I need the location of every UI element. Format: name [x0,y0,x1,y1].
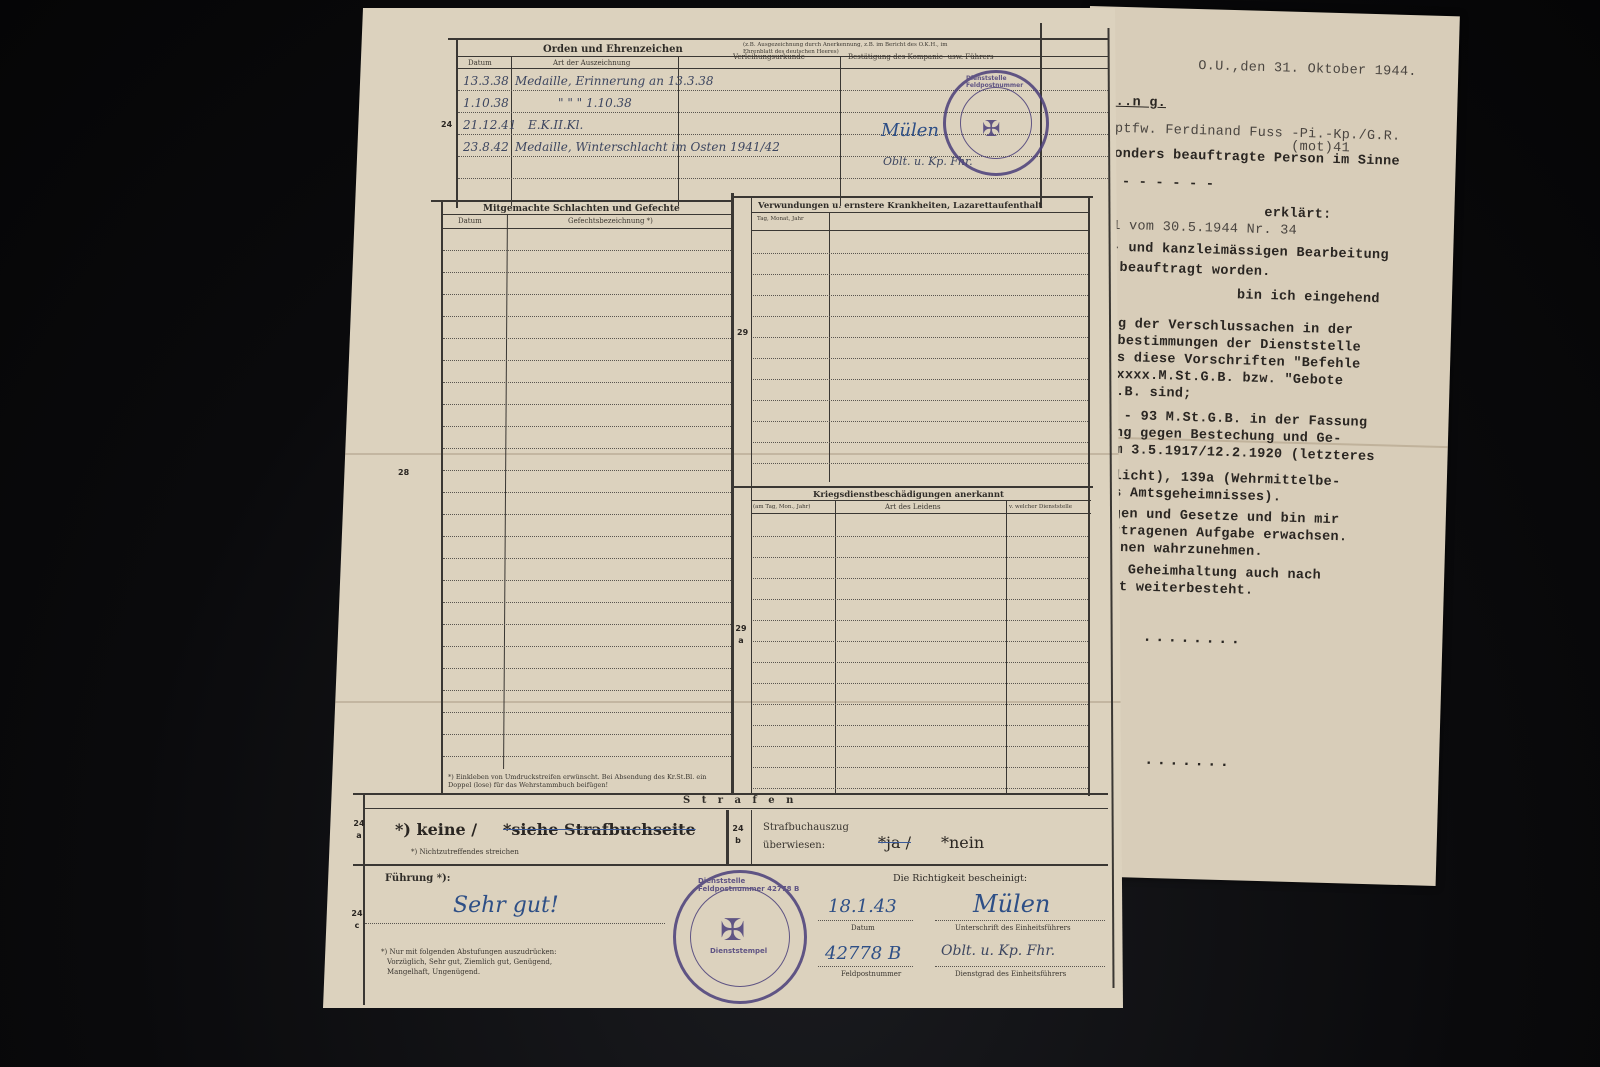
strafen-footnote: *) Nichtzutreffendes streichen [411,848,519,856]
award-date: 1.10.38 [463,96,509,110]
fuehrung-footnote: Mangelhaft, Ungenügend. [387,968,480,976]
certification-title: Die Richtigkeit bescheinigt: [893,873,1027,884]
award-date: 13.3.38 [463,74,509,88]
section-number: 24 c [351,908,363,932]
section-number: 29 a [735,623,747,647]
letter-line: - - - - - - - [1105,174,1215,192]
letter-line: Können wahrzunehmen. [1095,540,1263,560]
fold-crease [323,453,1123,455]
confirmation-signature: Mülen [881,120,939,141]
strafbuch-label: Strafbuchauszug [763,822,849,833]
ueberwiesen-label: überwiesen: [763,840,825,851]
section-number: 24 a [353,818,365,842]
signature-dots: ....... [1144,751,1233,771]
col-art: Art der Auszeichnung [553,59,630,67]
verwundungen-title: Verwundungen u. ernstere Krankheiten, La… [758,201,1042,211]
typed-letter-sheet: O.U.,den 31. Oktober 1944. ...n g. uptfw… [1066,6,1460,886]
award-name: Medaille, Winterschlacht im Osten 1941/4… [515,140,780,154]
schlachten-footnote: *) Einkleben von Umdruckstreifen erwünsc… [448,773,728,789]
fuehrung-footnote: *) Nur mit folgenden Abstufungen auszudr… [381,948,557,956]
strafen-keine: *) keine / [395,820,477,839]
col-datum: Datum [458,217,482,225]
col-urkunde: Verleihungsurkunde [733,53,805,61]
orden-title: Orden und Ehrenzeichen [543,44,683,55]
cert-signature-label: Unterschrift des Einheitsführers [955,924,1071,932]
letter-line: des Amtsgeheimnisses). [1096,485,1281,505]
strafen-siehe-struck: *siehe Strafbuchseite [503,820,696,839]
letter-line: n beauftragt worden. [1102,260,1270,280]
col-dienststelle: v. welcher Dienststelle [1009,504,1072,510]
strafbuch-nein: *nein [941,833,984,852]
letter-line: uptfw. Ferdinand Fuss -Pi.-Kp./G.R. [1106,122,1400,145]
cert-date-label: Datum [851,924,875,932]
wehrpass-form-page: Orden und Ehrenzeichen (z.B. Ausgezeichn… [323,8,1123,1008]
col-art-leidens: Art des Leidens [885,503,941,511]
letter-heading: ...n g. [1107,95,1166,112]
cert-signature-value: Mülen [973,890,1050,918]
eagle-emblem-icon: ✠ [982,117,1000,142]
award-name: " " " 1.10.38 [558,96,632,110]
col-tag: Tag, Monat, Jahr [757,216,804,222]
cert-rank-label: Dienstgrad des Einheitsführers [955,970,1066,978]
letter-line: r- und kanzleimässigen Bearbeitung [1103,240,1389,263]
fuehrung-value: Sehr gut! [453,893,559,918]
award-date: 21.12.41 [463,118,516,132]
letter-line: bin ich eingehend [1237,288,1380,307]
col-datum: Datum [468,59,492,67]
section-number: 24 b [732,823,744,847]
letter-line: erklärt: [1264,206,1332,223]
col-gefecht: Gefechtsbezeichnung *) [568,217,653,225]
cert-rank-value: Oblt. u. Kp. Fhr. [941,943,1055,959]
fuehrung-footnote: Vorzüglich, Sehr gut, Ziemlich gut, Genü… [387,958,552,966]
col-bestaetigung: Bestätigung des Kompanie- usw. Führers [848,53,994,61]
fold-crease [323,701,1123,703]
strafbuch-ja-struck: *ja / [878,833,911,852]
letter-line: 41 vom 30.5.1944 Nr. 34 [1104,218,1298,238]
letter-date-line: O.U.,den 31. Oktober 1944. [1198,59,1417,80]
kriegsdienst-title: Kriegsdienstbeschädigungen anerkannt [813,490,1004,500]
fuehrung-label: Führung *): [385,873,450,884]
award-name: Medaille, Erinnerung an 13.3.38 [515,74,714,88]
official-stamp-top: Dienststelle Feldpostnummer ✠ [943,70,1049,176]
letter-line: sonders beauftragte Person im Sinne [1106,147,1400,170]
official-stamp-bottom: Dienststelle Feldpostnummer 42778 B ✠ Di… [673,870,807,1004]
cert-feldpost-value: 42778 B [825,943,901,964]
col-am-tag: (am Tag, Mon., Jahr) [753,504,810,510]
cert-date-value: 18.1.43 [828,896,897,917]
section-number: 28 [398,468,409,477]
award-name: E.K.II.Kl. [528,118,583,132]
signature-dots: ........ [1142,628,1243,649]
section-number: 24 [441,120,452,129]
award-date: 23.8.42 [463,140,509,154]
cert-feldpost-label: Feldpostnummer [841,970,901,978]
schlachten-title: Mitgemachte Schlachten und Gefechte [483,204,680,214]
strafen-title: S t r a f e n [683,795,797,806]
section-number: 29 [737,328,748,337]
eagle-emblem-icon: ✠ [720,913,745,948]
